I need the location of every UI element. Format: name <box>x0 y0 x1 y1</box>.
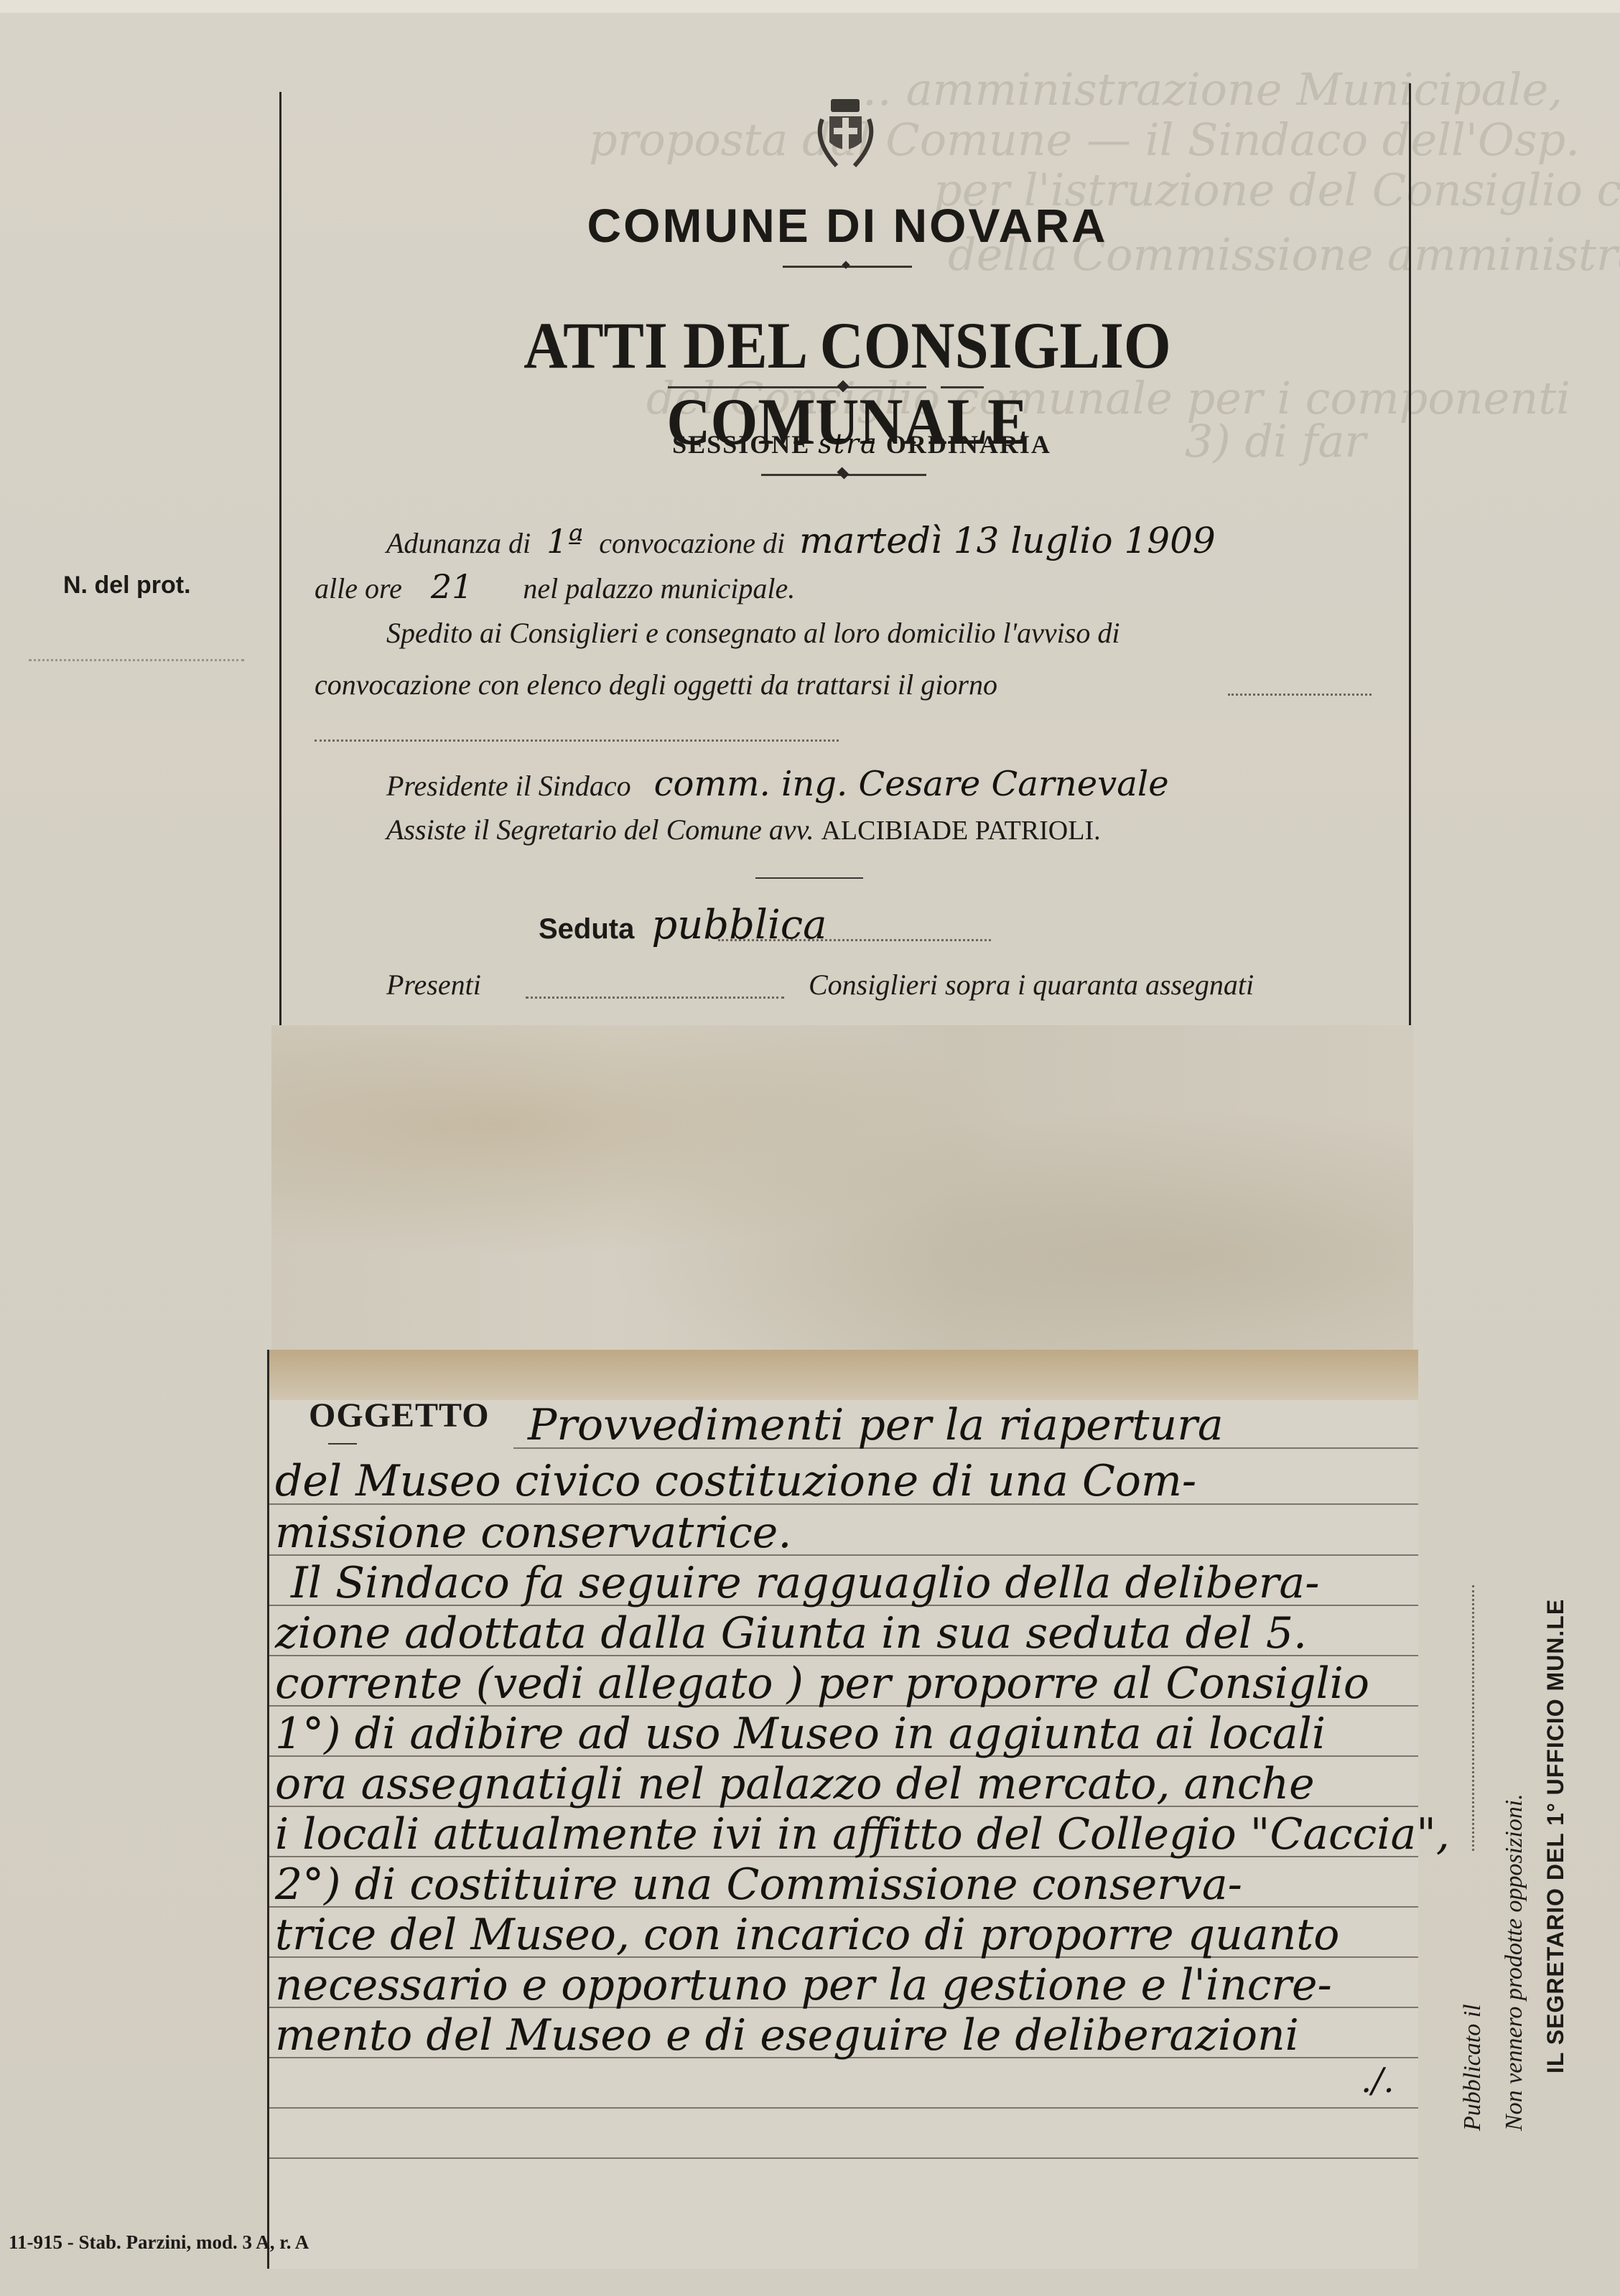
protocol-number-field[interactable] <box>29 659 244 661</box>
water-stain <box>269 1350 1418 1400</box>
presidente-label: Presidente il Sindaco <box>386 770 631 802</box>
giorno-continuation-field[interactable] <box>315 739 839 742</box>
seduta-line: Seduta pubblica <box>539 902 827 948</box>
document-sheet: … amministrazione Municipale, proposta d… <box>0 13 1620 2296</box>
bleed-through-text: … amministrazione Municipale, <box>847 63 1563 116</box>
assiste-text: Assiste il Segretario del Comune avv. <box>386 813 814 846</box>
coat-of-arms-icon <box>808 98 883 177</box>
session-prefix: SESSIONE <box>672 430 810 459</box>
subject-line: missione conservatrice. <box>275 1508 791 1558</box>
pubblicato-label: Pubblicato il <box>1459 2004 1486 2131</box>
subject-section: OGGETTO Provvedimenti per la riapertura … <box>267 1350 1418 2269</box>
ruled-line <box>269 2157 1418 2159</box>
meeting-place: nel palazzo municipale. <box>523 572 795 605</box>
subject-line: 2°) di costituire una Commissione conser… <box>275 1859 1242 1910</box>
seduta-field[interactable] <box>718 939 991 941</box>
subject-line: corrente (vedi allegato ) per proporre a… <box>275 1658 1369 1709</box>
printer-mark: 11-915 - Stab. Parzini, mod. 3 A, r. A <box>9 2231 309 2254</box>
subject-line: Provvedimenti per la riapertura <box>528 1400 1224 1450</box>
pubblicato-date-field[interactable] <box>1472 1585 1474 1851</box>
presidente-name: comm. ing. Cesare Carnevale <box>654 764 1169 804</box>
session-suffix: ORDINARIA <box>886 430 1051 459</box>
section-divider <box>755 877 863 879</box>
subject-line: mento del Museo e di eseguire le deliber… <box>275 2010 1299 2061</box>
seduta-type: pubblica <box>651 902 827 948</box>
session-type: SESSIONE stra ORDINARIA <box>553 428 1170 459</box>
subject-line: trice del Museo, con incarico di proporr… <box>275 1910 1339 1960</box>
protocol-number-label: N. del prot. <box>63 571 191 599</box>
convocazione-label: convocazione di <box>599 527 785 559</box>
secretary-name: ALCIBIADE PATRIOLI. <box>821 816 1100 846</box>
ornament-divider <box>941 386 984 388</box>
presidente-line: Presidente il Sindaco comm. ing. Cesare … <box>386 764 1169 804</box>
right-margin-rule <box>1409 83 1411 1031</box>
meeting-date: martedì 13 luglio 1909 <box>799 520 1216 561</box>
subject-line: zione adottata dalla Giunta in sua sedut… <box>275 1608 1307 1658</box>
adunanza-line: Adunanza di 1ª convocazione di martedì 1… <box>386 520 1216 561</box>
giorno-field[interactable] <box>1228 694 1372 696</box>
continuation-mark: ./. <box>1361 2061 1395 2101</box>
ornament-dot <box>837 467 849 480</box>
alle-ore-label: alle ore <box>315 572 402 605</box>
ornament-divider <box>668 386 926 388</box>
notice-line-2: convocazione con elenco degli oggetti da… <box>315 668 997 701</box>
assiste-line: Assiste il Segretario del Comune avv. AL… <box>386 813 1101 846</box>
subject-line: i locali attualmente ivi in affitto del … <box>275 1809 1450 1859</box>
municipality-title: COMUNE DI NOVARA <box>546 198 1149 253</box>
convocation-number: 1ª <box>546 522 583 561</box>
stained-paper-patch <box>271 1025 1413 1358</box>
session-handwritten: stra <box>818 428 878 459</box>
presenti-label: Presenti <box>386 969 481 1001</box>
subject-line: ora assegnatigli nel palazzo del mercato… <box>275 1759 1315 1809</box>
consiglieri-text: Consiglieri sopra i quaranta assegnati <box>809 968 1254 1002</box>
ruled-line <box>269 2107 1418 2109</box>
meeting-hour: 21 <box>431 567 473 606</box>
subject-label: OGGETTO <box>309 1396 490 1435</box>
notice-line-1: Spedito ai Consiglieri e consegnato al l… <box>386 616 1119 650</box>
adunanza-label: Adunanza di <box>386 527 531 559</box>
left-margin-rule <box>279 92 281 1025</box>
secretary-signature-title: IL SEGRETARIO DEL 1° UFFICIO MUN.LE <box>1542 1599 1569 2073</box>
hour-line: alle ore 21 nel palazzo municipale. <box>315 567 795 606</box>
subject-line: 1°) di adibire ad uso Museo in aggiunta … <box>275 1709 1326 1759</box>
subject-line: Il Sindaco fa seguire ragguaglio della d… <box>291 1558 1319 1608</box>
bleed-through-text: proposta dal Comune — il Sindaco dell'Os… <box>589 113 1580 166</box>
opposizioni-text: Non vennero prodotte opposizioni. <box>1501 1793 1528 2131</box>
presenti-field[interactable] <box>526 997 784 999</box>
subject-dash <box>328 1443 357 1445</box>
subject-line: necessario e opportuno per la gestione e… <box>275 1960 1332 2010</box>
presenti-line: Presenti <box>386 968 481 1002</box>
subject-line: del Museo civico costituzione di una Com… <box>275 1456 1196 1506</box>
seduta-label: Seduta <box>539 913 634 945</box>
publication-sidebar: Pubblicato il Non vennero prodotte oppos… <box>1436 1571 1601 2145</box>
